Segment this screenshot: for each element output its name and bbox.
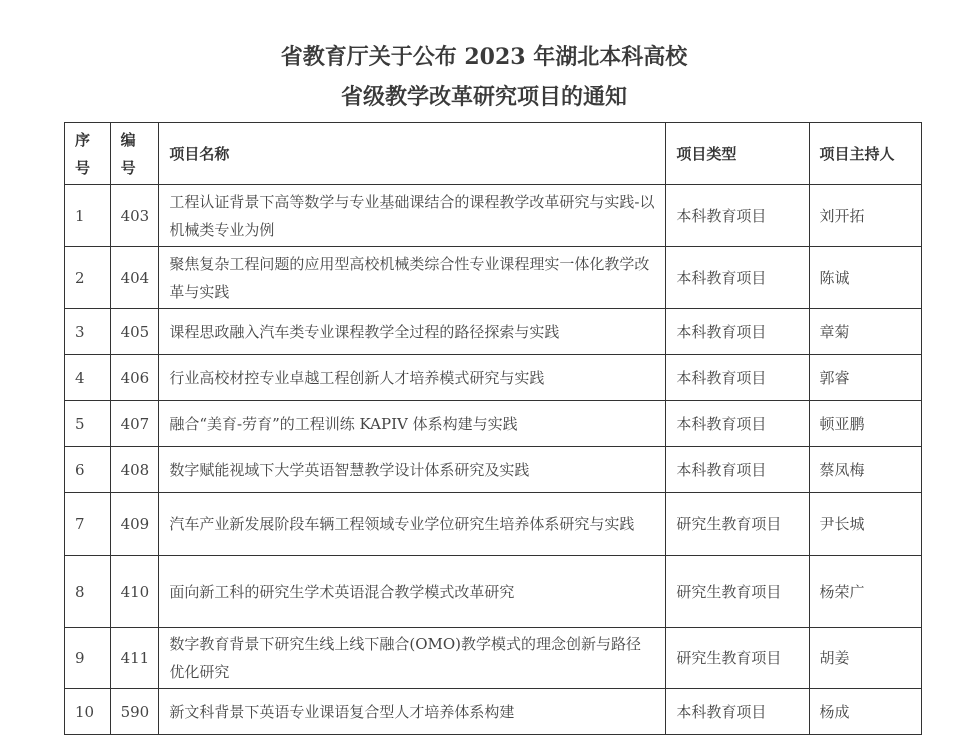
row-project-host: 刘开拓: [809, 185, 921, 247]
row-project-type: 本科教育项目: [666, 355, 809, 401]
table-row: 8410面向新工科的研究生学术英语混合教学模式改革研究研究生教育项目杨荣广: [65, 556, 922, 628]
row-project-name: 行业高校材控专业卓越工程创新人才培养模式研究与实践: [159, 355, 666, 401]
row-seq: 4: [65, 355, 111, 401]
row-project-type: 研究生教育项目: [666, 493, 809, 556]
project-table: 序 号 编 号 项目名称 项目类型 项目主持人 1403工程认证背景下高等数学与…: [64, 122, 922, 735]
row-project-host: 杨成: [809, 689, 921, 735]
row-project-host: 胡姜: [809, 628, 921, 689]
row-project-type: 本科教育项目: [666, 309, 809, 355]
row-seq: 1: [65, 185, 111, 247]
header-project-type: 项目类型: [666, 123, 809, 185]
table-row: 6408数字赋能视域下大学英语智慧教学设计体系研究及实践本科教育项目蔡凤梅: [65, 447, 922, 493]
row-project-host: 章菊: [809, 309, 921, 355]
table-row: 10590新文科背景下英语专业课语复合型人才培养体系构建本科教育项目杨成: [65, 689, 922, 735]
header-project-host: 项目主持人: [809, 123, 921, 185]
row-project-type: 本科教育项目: [666, 447, 809, 493]
row-seq: 2: [65, 247, 111, 309]
row-project-name: 融合“美育-劳育”的工程训练 KAPIV 体系构建与实践: [159, 401, 666, 447]
row-code: 410: [110, 556, 159, 628]
row-project-host: 尹长城: [809, 493, 921, 556]
header-code-bottom: 号: [121, 154, 159, 182]
row-code: 590: [110, 689, 159, 735]
row-project-name: 工程认证背景下高等数学与专业基础课结合的课程教学改革研究与实践-以机械类专业为例: [159, 185, 666, 247]
row-seq: 5: [65, 401, 111, 447]
table-row: 4406行业高校材控专业卓越工程创新人才培养模式研究与实践本科教育项目郭睿: [65, 355, 922, 401]
row-seq: 9: [65, 628, 111, 689]
header-code: 编 号: [110, 123, 159, 185]
table-row: 9411数字教育背景下研究生线上线下融合(OMO)教学模式的理念创新与路径优化研…: [65, 628, 922, 689]
row-project-host: 陈诚: [809, 247, 921, 309]
row-project-type: 本科教育项目: [666, 401, 809, 447]
row-code: 407: [110, 401, 159, 447]
row-code: 406: [110, 355, 159, 401]
row-code: 405: [110, 309, 159, 355]
row-seq: 7: [65, 493, 111, 556]
row-project-name: 汽车产业新发展阶段车辆工程领域专业学位研究生培养体系研究与实践: [159, 493, 666, 556]
row-code: 403: [110, 185, 159, 247]
row-project-name: 数字赋能视域下大学英语智慧教学设计体系研究及实践: [159, 447, 666, 493]
row-project-type: 本科教育项目: [666, 185, 809, 247]
row-seq: 8: [65, 556, 111, 628]
row-project-name: 聚焦复杂工程问题的应用型高校机械类综合性专业课程理实一体化教学改革与实践: [159, 247, 666, 309]
row-project-host: 蔡凤梅: [809, 447, 921, 493]
table-row: 2404聚焦复杂工程问题的应用型高校机械类综合性专业课程理实一体化教学改革与实践…: [65, 247, 922, 309]
row-code: 411: [110, 628, 159, 689]
row-project-type: 本科教育项目: [666, 689, 809, 735]
row-seq: 3: [65, 309, 111, 355]
row-seq: 10: [65, 689, 111, 735]
row-project-name: 课程思政融入汽车类专业课程教学全过程的路径探索与实践: [159, 309, 666, 355]
header-project-name: 项目名称: [159, 123, 666, 185]
row-project-type: 本科教育项目: [666, 247, 809, 309]
row-project-type: 研究生教育项目: [666, 628, 809, 689]
header-code-top: 编: [121, 126, 159, 154]
row-code: 408: [110, 447, 159, 493]
table-body: 1403工程认证背景下高等数学与专业基础课结合的课程教学改革研究与实践-以机械类…: [65, 185, 922, 735]
table-header-row: 序 号 编 号 项目名称 项目类型 项目主持人: [65, 123, 922, 185]
table-row: 3405课程思政融入汽车类专业课程教学全过程的路径探索与实践本科教育项目章菊: [65, 309, 922, 355]
row-project-host: 郭睿: [809, 355, 921, 401]
table-row: 5407融合“美育-劳育”的工程训练 KAPIV 体系构建与实践本科教育项目顿亚…: [65, 401, 922, 447]
row-project-name: 数字教育背景下研究生线上线下融合(OMO)教学模式的理念创新与路径优化研究: [159, 628, 666, 689]
row-project-type: 研究生教育项目: [666, 556, 809, 628]
header-seq: 序 号: [65, 123, 111, 185]
table-row: 7409汽车产业新发展阶段车辆工程领域专业学位研究生培养体系研究与实践研究生教育…: [65, 493, 922, 556]
row-code: 404: [110, 247, 159, 309]
row-project-host: 顿亚鹏: [809, 401, 921, 447]
header-seq-top: 序: [75, 126, 110, 154]
header-seq-bottom: 号: [75, 154, 110, 182]
document-title-line-1: 省教育厅关于公布 2023 年湖北本科高校: [0, 40, 968, 71]
table-row: 1403工程认证背景下高等数学与专业基础课结合的课程教学改革研究与实践-以机械类…: [65, 185, 922, 247]
row-seq: 6: [65, 447, 111, 493]
document-title-line-2: 省级教学改革研究项目的通知: [0, 80, 968, 111]
row-code: 409: [110, 493, 159, 556]
row-project-name: 新文科背景下英语专业课语复合型人才培养体系构建: [159, 689, 666, 735]
row-project-name: 面向新工科的研究生学术英语混合教学模式改革研究: [159, 556, 666, 628]
row-project-host: 杨荣广: [809, 556, 921, 628]
